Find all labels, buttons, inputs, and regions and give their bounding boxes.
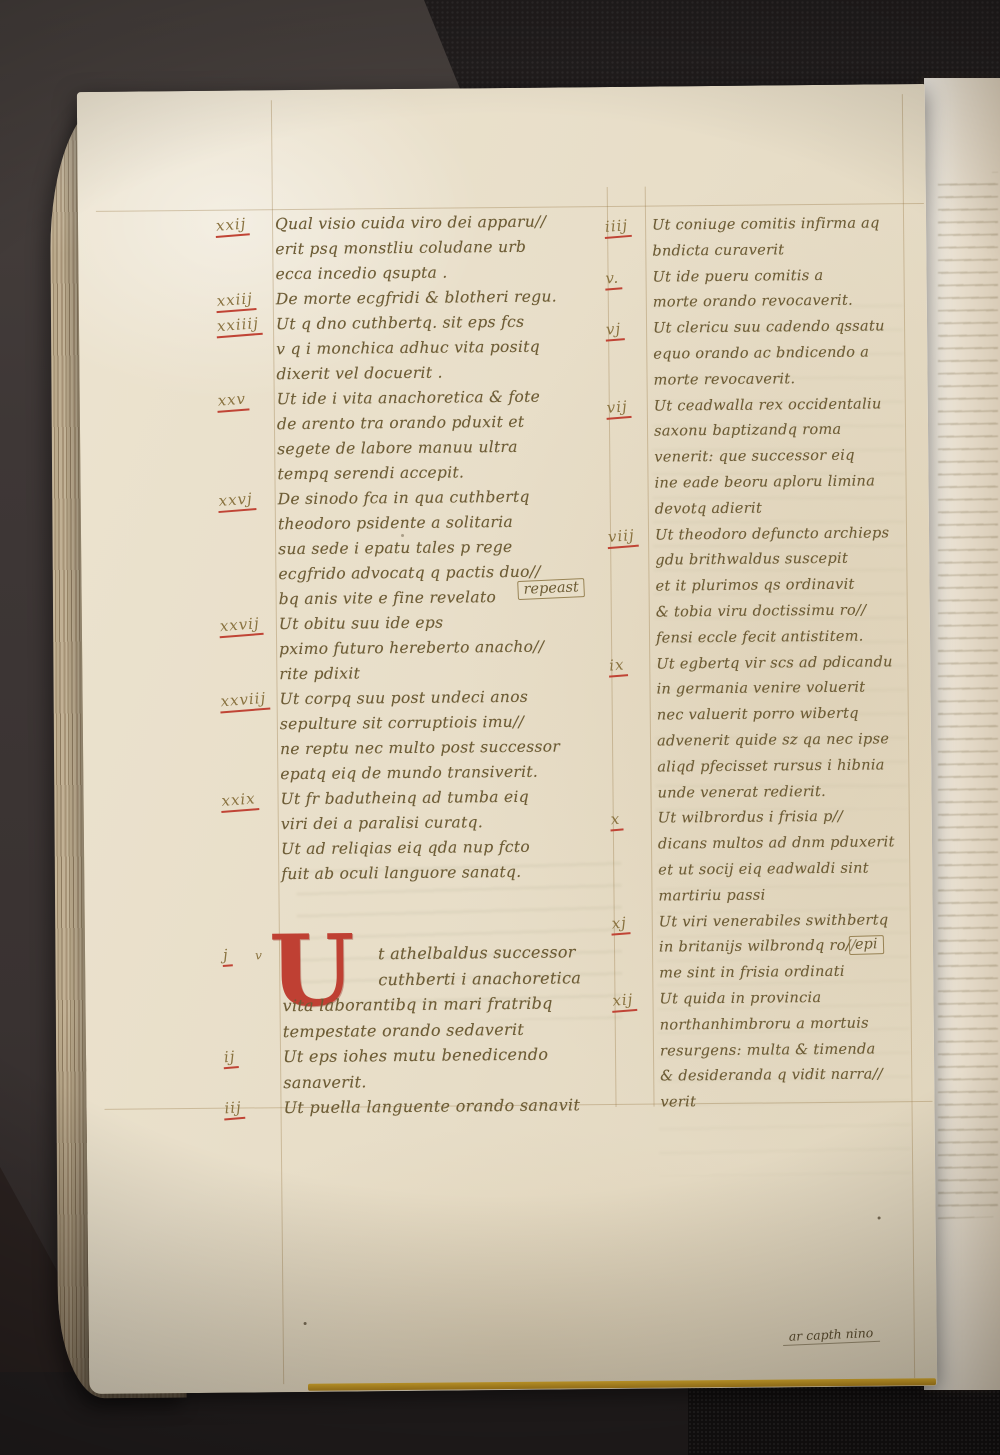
capitulum-text: Ut quida in provincianorthanhimbroru a m… — [659, 985, 932, 1117]
capitulum-entry: xxiiijUt q dno cuthbertq. sit eps fcsv q… — [216, 309, 637, 388]
marginal-episcopi-box: epi — [849, 935, 884, 955]
text-line: Ut clericu suu cadendo qssatu — [653, 314, 925, 342]
chapter-numeral-cell: xxvj — [218, 487, 278, 512]
capitulum-text: Ut clericu suu cadendo qssatuequo orando… — [653, 314, 926, 394]
chapter-numeral-cell: iij — [223, 1095, 283, 1120]
next-page-ghost-text — [938, 172, 998, 1219]
right-column-capitula: iiijUt coniuge comitis infirma aqbndicta… — [604, 211, 933, 1117]
text-line: ecca incedio qsupta . — [275, 259, 635, 287]
text-line: sepulture sit corruptiois imu// — [280, 709, 640, 737]
text-line: De sinodo fca in qua cuthbertq — [278, 484, 638, 512]
text-line: martiriu passi — [658, 882, 930, 910]
capitulum-entry: v.Ut ide pueru comitis amorte orando rev… — [604, 263, 924, 318]
chapter-numeral-cell: v. — [604, 265, 652, 289]
text-line: ecgfrido advocatq q pactis duo// — [278, 559, 638, 587]
capitulum-text: Ut obitu suu ide epspximo futuro hereber… — [279, 609, 640, 687]
chapter-numeral-cell: xxvij — [219, 612, 279, 637]
chapter-numeral-cell — [221, 837, 281, 840]
chapter-numeral: ix — [608, 655, 629, 677]
text-line: Ut viri venerabiles swithbertq — [659, 907, 931, 935]
chapter-numeral: viij — [606, 525, 638, 548]
text-line: fensi eccle fecit antistitem. — [656, 624, 928, 652]
text-line: me sint in frisia ordinati — [659, 959, 931, 987]
text-line: morte orando revocaverit. — [653, 288, 925, 316]
capitulum-entry: xxvijUt obitu suu ide epspximo futuro he… — [219, 609, 640, 688]
left-column-book-v-capitula: jt athelbaldus successorcuthberti i anac… — [222, 939, 654, 1122]
text-line: vita laborantibq in mari fratribq — [282, 990, 652, 1019]
text-line: Ut obitu suu ide eps — [279, 609, 639, 637]
chapter-numeral-cell: xxij — [215, 212, 275, 237]
chapter-numeral: v. — [604, 268, 623, 290]
text-line: in germania venire voluerit — [656, 675, 928, 703]
text-line: v q i monchica adhuc vita positq — [276, 334, 636, 362]
capitulum-text: Ut q dno cuthbertq. sit eps fcsv q i mon… — [276, 309, 637, 387]
capitulum-entry: jt athelbaldus successorcuthberti i anac… — [222, 939, 653, 1045]
capitulum-entry: ixUt egbertq vir scs ad pdicanduin germa… — [608, 649, 929, 807]
text-line: bndicta curaverit — [652, 237, 924, 265]
text-line: t athelbaldus successor — [282, 939, 652, 968]
left-column-capitula: xxijQual visio cuida viro dei apparu//er… — [215, 209, 641, 888]
capitulum-text: Ut wilbrordus i frisia p//dicans multos … — [658, 804, 931, 910]
chapter-numeral: xxiiij — [215, 314, 262, 339]
text-line: morte revocaverit. — [653, 366, 925, 394]
ink-speck — [304, 1322, 307, 1325]
text-line: Ut eps iohes mutu benedicendo — [283, 1041, 653, 1070]
text-line: verit — [660, 1088, 932, 1116]
capitulum-entry: vjUt clericu suu cadendo qssatuequo oran… — [605, 314, 926, 394]
chapter-numeral-cell: ix — [608, 652, 656, 676]
text-line: nec valuerit porro wibertq — [657, 701, 929, 729]
chapter-numeral: iij — [223, 1098, 246, 1121]
chapter-numeral: iiij — [603, 216, 632, 239]
capitulum-text: Ut viri venerabiles swithbertqin britani… — [659, 907, 932, 987]
text-line: Ut ide pueru comitis a — [652, 263, 924, 291]
text-line: & desideranda q vidit narra// — [660, 1062, 932, 1090]
chapter-numeral: ij — [222, 1047, 239, 1069]
chapter-numeral-cell: xxiiij — [216, 312, 276, 337]
capitulum-entry: viijUt theodoro defuncto archiepsgdu bri… — [607, 521, 928, 653]
text-line: resurgens: multa & timenda — [660, 1036, 932, 1064]
capitulum-text: Ut theodoro defuncto archiepsgdu brithwa… — [655, 521, 928, 653]
manuscript-photo: xxijQual visio cuida viro dei apparu//er… — [0, 0, 1000, 1455]
text-line: venerit: que successor eiq — [654, 443, 926, 471]
chapter-numeral: xxij — [214, 214, 250, 238]
text-line: equo orando ac bndicendo a — [653, 340, 925, 368]
chapter-numeral-cell: xij — [611, 987, 659, 1011]
text-line: segete de labore manuu ultra — [277, 434, 637, 462]
chapter-numeral-cell: j — [222, 942, 282, 967]
text-line: Ut puella languente orando sanavit — [283, 1092, 653, 1121]
text-line: dicans multos ad dnm pduxerit — [658, 830, 930, 858]
text-line: theodoro psidente a solitaria — [278, 509, 638, 537]
ink-speck — [878, 1216, 881, 1219]
capitulum-text: Ut egbertq vir scs ad pdicanduin germani… — [656, 649, 929, 806]
text-line: Ut ide i vita anachoretica & fote — [277, 384, 637, 412]
capitulum-entry: ijUt eps iohes mutu benedicendosanaverit… — [223, 1041, 653, 1096]
text-line: sanaverit. — [283, 1066, 653, 1095]
manuscript-page: xxijQual visio cuida viro dei apparu//er… — [77, 84, 937, 1394]
text-line: saxonu baptizandq roma — [654, 417, 926, 445]
text-line: cuthberti i anachoretica — [282, 964, 652, 993]
chapter-numeral: xxviij — [219, 689, 270, 714]
text-line: epatq eiq de mundo transiverit. — [280, 759, 640, 787]
text-line: Ut quida in provincia — [659, 985, 931, 1013]
text-line: rite pdixit — [279, 659, 639, 687]
text-line: sua sede i epatu tales p rege — [278, 534, 638, 562]
capitulum-entry: xxijQual visio cuida viro dei apparu//er… — [215, 209, 636, 288]
chapter-numeral-cell: ij — [223, 1044, 283, 1069]
chapter-numeral: j — [221, 945, 232, 967]
text-line: Ut egbertq vir scs ad pdicandu — [656, 649, 928, 677]
marginal-correction-box: repeast — [517, 578, 585, 600]
chapter-numeral-cell: x — [610, 807, 658, 831]
text-line: devotq adierit — [655, 495, 927, 523]
text-line: Ut ad reliqias eiq qda nup fcto — [281, 834, 641, 862]
chapter-numeral: xxvj — [217, 489, 257, 513]
capitulum-text: Ut corpq suu post undeci anossepulture s… — [279, 684, 640, 787]
chapter-numeral-cell: xxviij — [219, 687, 279, 712]
text-line: ine eade beoru aploru limina — [654, 469, 926, 497]
text-line: unde venerat redierit. — [657, 778, 929, 806]
text-line: fuit ab oculi languore sanatq. — [281, 859, 641, 887]
capitulum-entry: xijUt quida in provincianorthanhimbroru … — [611, 985, 932, 1117]
text-line: & tobia viru doctissimu ro// — [656, 598, 928, 626]
text-line: viri dei a paralisi curatq. — [281, 809, 641, 837]
text-line: tempq serendi accepit. — [277, 459, 637, 487]
capitulum-entry: vijUt ceadwalla rex occidentaliusaxonu b… — [606, 392, 927, 524]
text-line: northanhimbroru a mortuis — [660, 1011, 932, 1039]
text-line: de arento tra orando pduxit et — [277, 409, 637, 437]
capitulum-text: Ut puella languente orando sanavit — [283, 1092, 653, 1121]
text-line: et it plurimos qs ordinavit — [655, 572, 927, 600]
text-line: pximo futuro hereberto anacho// — [279, 634, 639, 662]
chapter-numeral-cell: viij — [607, 523, 655, 547]
capitulum-text: Ut eps iohes mutu benedicendosanaverit. — [283, 1041, 653, 1096]
capitulum-entry: xxviijUt corpq suu post undeci anossepul… — [219, 684, 640, 788]
text-line: Ut corpq suu post undeci anos — [279, 684, 639, 712]
quire-signature: ar capth nino — [782, 1325, 879, 1346]
chapter-numeral: xxvij — [218, 614, 263, 638]
text-line: Ut fr badutheinq ad tumba eiq — [280, 784, 640, 812]
text-line: in britanijs wilbrondq ro// — [659, 933, 931, 961]
chapter-numeral: xxiij — [215, 289, 257, 313]
text-line: Ut ceadwalla rex occidentaliu — [654, 392, 926, 420]
text-line: tempestate orando sedaverit — [283, 1015, 653, 1044]
chapter-numeral: x — [609, 810, 624, 832]
text-line: aliqd pfecisset rursus i hibnia — [657, 753, 929, 781]
text-line: gdu brithwaldus suscepit — [655, 546, 927, 574]
capitulum-entry: xxixUt fr badutheinq ad tumba eiqviri de… — [220, 784, 640, 838]
chapter-numeral-cell: xj — [611, 910, 659, 934]
capitulum-entry: iiijUt coniuge comitis infirma aqbndicta… — [604, 211, 924, 266]
text-line: De morte ecgfridi & blotheri regu. — [276, 284, 636, 312]
text-line: Ut theodoro defuncto archieps — [655, 521, 927, 549]
chapter-numeral: xxv — [216, 389, 250, 413]
capitulum-text: Ut ad reliqias eiq qda nup fctofuit ab o… — [281, 834, 641, 887]
dark-backdrop-bottom-right — [688, 1386, 1000, 1455]
chapter-numeral-cell: xxiij — [216, 287, 276, 312]
next-page-edge — [924, 78, 1000, 1390]
capitulum-text: De morte ecgfridi & blotheri regu. — [276, 284, 636, 312]
capitulum-entry: xUt wilbrordus i frisia p//dicans multos… — [610, 804, 931, 910]
text-line: et ut socij eiq eadwaldi sint — [658, 856, 930, 884]
capitulum-entry: Ut ad reliqias eiq qda nup fctofuit ab o… — [221, 834, 641, 888]
capitulum-entry: xxvUt ide i vita anachoretica & fotede a… — [217, 384, 638, 488]
chapter-numeral: xxix — [220, 789, 260, 813]
capitulum-text: Qual visio cuida viro dei apparu//erit p… — [275, 209, 636, 287]
chapter-numeral-cell: xxix — [220, 787, 280, 812]
capitulum-text: t athelbaldus successorcuthberti i anach… — [282, 939, 653, 1045]
capitulum-text: Ut ceadwalla rex occidentaliusaxonu bapt… — [654, 392, 927, 524]
capitulum-entry: iijUt puella languente orando sanavit — [223, 1092, 653, 1122]
chapter-numeral: xj — [610, 913, 631, 935]
chapter-numeral: xij — [611, 990, 638, 1013]
chapter-numeral: vj — [604, 319, 625, 341]
chapter-numeral-cell: xxv — [217, 387, 277, 412]
text-line: Qual visio cuida viro dei apparu// — [275, 209, 635, 237]
text-line: advenerit quide sz qa nec ipse — [657, 727, 929, 755]
text-line: erit psq monstliu coludane urb — [275, 234, 635, 262]
text-line: Ut wilbrordus i frisia p// — [658, 804, 930, 832]
chapter-numeral-cell: vj — [605, 317, 653, 341]
text-line: Ut q dno cuthbertq. sit eps fcs — [276, 309, 636, 337]
text-line: ne reptu nec multo post successor — [280, 734, 640, 762]
chapter-numeral-cell: vij — [606, 394, 654, 418]
capitulum-text: Ut coniuge comitis infirma aqbndicta cur… — [652, 211, 924, 265]
capitulum-text: Ut ide pueru comitis amorte orando revoc… — [652, 263, 924, 317]
capitulum-text: Ut ide i vita anachoretica & fotede aren… — [277, 384, 638, 487]
chapter-numeral-cell: iiij — [604, 214, 652, 238]
text-line: dixerit vel docuerit . — [276, 359, 636, 387]
text-line: bq anis vite e fine revelato — [279, 584, 639, 612]
text-line: Ut coniuge comitis infirma aq — [652, 211, 924, 239]
capitulum-text: Ut fr badutheinq ad tumba eiqviri dei a … — [280, 784, 640, 837]
chapter-numeral: vij — [605, 397, 632, 420]
